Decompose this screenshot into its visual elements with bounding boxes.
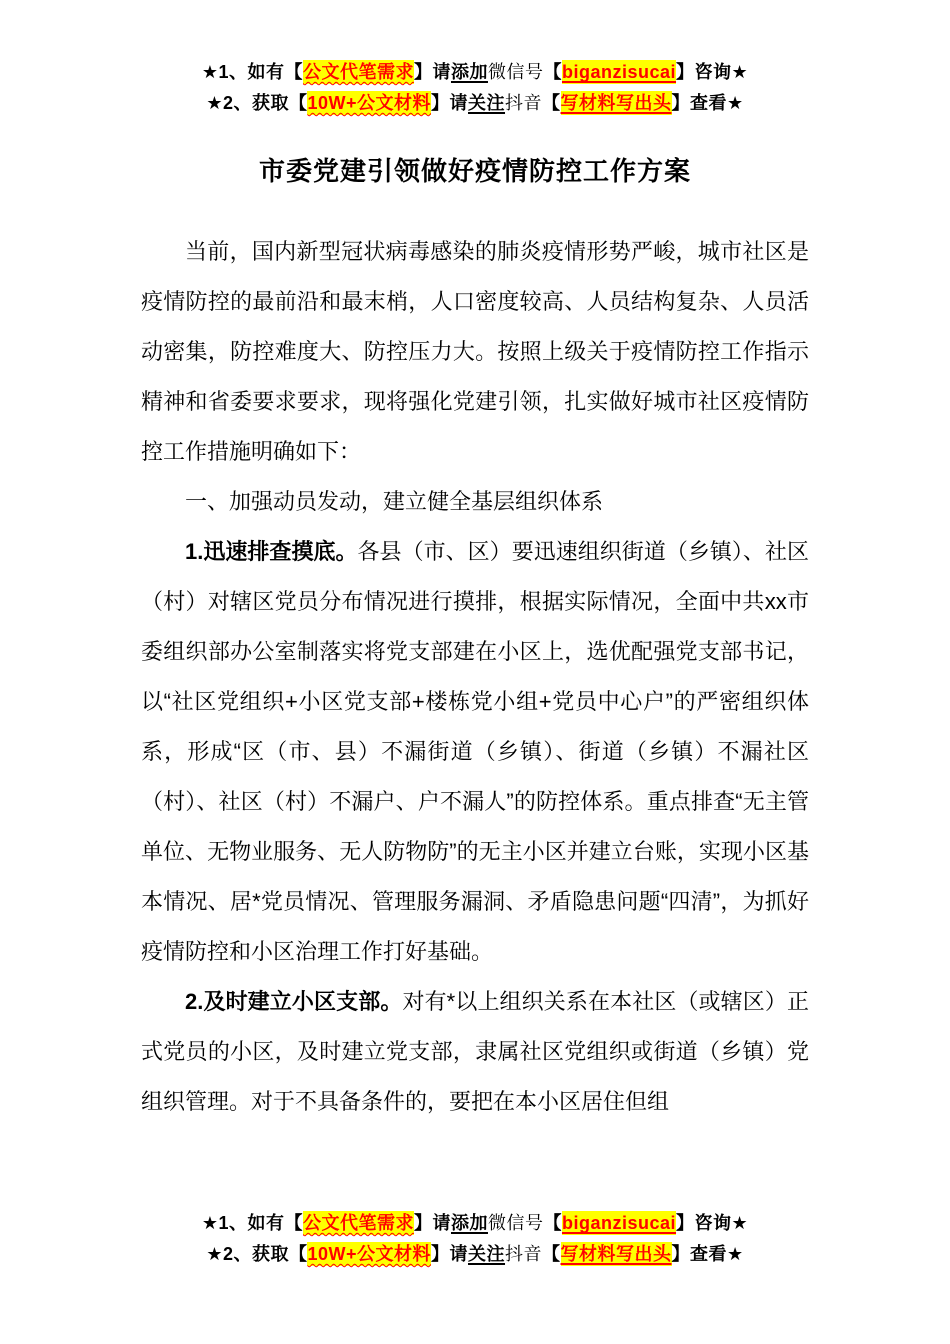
footer-notice: ★1、如有【公文代笔需求】请添加微信号【biganzisucai】咨询★★2、获… — [0, 1208, 950, 1270]
notice-line: ★2、获取【10W+公文材料】请关注抖音【写材料写出头】查看★ — [0, 1239, 950, 1270]
text-run: 抖音 — [505, 93, 542, 113]
text-run: 添加 — [451, 62, 488, 82]
notice-line: ★1、如有【公文代笔需求】请添加微信号【biganzisucai】咨询★ — [0, 57, 950, 88]
document-body: 当前，国内新型冠状病毒感染的肺炎疫情形势严峻，城市社区是疫情防控的最前沿和最末梢… — [141, 227, 809, 1127]
text-run: 关注 — [468, 93, 505, 113]
document-page: ★1、如有【公文代笔需求】请添加微信号【biganzisucai】咨询★★2、获… — [0, 0, 950, 1344]
text-run: 添加 — [451, 1213, 488, 1233]
text-run: 2.及时建立小区支部。 — [185, 989, 402, 1014]
text-run: 各县（市、区）要迅速组织街道（乡镇）、社区（村）对辖区党员分布情况进行摸排，根据… — [141, 539, 809, 964]
text-run: 写材料写出头 — [561, 1242, 672, 1266]
header-notice: ★1、如有【公文代笔需求】请添加微信号【biganzisucai】咨询★★2、获… — [0, 0, 950, 119]
text-run: 】咨询★ — [676, 1213, 748, 1233]
text-run: 】咨询★ — [676, 62, 748, 82]
text-run: 】查看★ — [672, 1244, 744, 1264]
text-run: 】请 — [431, 1244, 468, 1264]
document-title: 市委党建引领做好疫情防控工作方案 — [0, 151, 950, 191]
paragraph: 2.及时建立小区支部。对有*以上组织关系在本社区（或辖区）正式党员的小区，及时建… — [141, 977, 809, 1127]
text-run: 写材料写出头 — [561, 91, 672, 115]
text-run: 】请 — [414, 1213, 451, 1233]
text-run: ★2、获取【 — [206, 93, 307, 113]
text-run: 10W+公文材料 — [307, 1242, 431, 1266]
text-run: 【 — [542, 93, 561, 113]
text-run: ★2、获取【 — [206, 1244, 307, 1264]
text-run: 【 — [543, 1213, 562, 1233]
notice-line: ★2、获取【10W+公文材料】请关注抖音【写材料写出头】查看★ — [0, 88, 950, 119]
text-run: 一、加强动员发动，建立健全基层组织体系 — [185, 489, 603, 514]
text-run: ★1、如有【 — [202, 62, 303, 82]
paragraph: 一、加强动员发动，建立健全基层组织体系 — [141, 477, 809, 527]
text-run: 当前，国内新型冠状病毒感染的肺炎疫情形势严峻，城市社区是疫情防控的最前沿和最末梢… — [141, 239, 809, 464]
text-run: 】请 — [431, 93, 468, 113]
text-run: 公文代笔需求 — [303, 60, 414, 84]
text-run: 微信号 — [488, 62, 544, 82]
paragraph: 当前，国内新型冠状病毒感染的肺炎疫情形势严峻，城市社区是疫情防控的最前沿和最末梢… — [141, 227, 809, 477]
text-run: 公文代笔需求 — [303, 1211, 414, 1235]
text-run: 1.迅速排查摸底。 — [185, 539, 358, 564]
text-run: 【 — [542, 1244, 561, 1264]
text-run: 10W+公文材料 — [307, 91, 431, 115]
notice-line: ★1、如有【公文代笔需求】请添加微信号【biganzisucai】咨询★ — [0, 1208, 950, 1239]
text-run: 关注 — [468, 1244, 505, 1264]
text-run: 】请 — [414, 62, 451, 82]
paragraph: 1.迅速排查摸底。各县（市、区）要迅速组织街道（乡镇）、社区（村）对辖区党员分布… — [141, 527, 809, 977]
text-run: 【 — [543, 62, 562, 82]
text-run: ★1、如有【 — [202, 1213, 303, 1233]
text-run: 微信号 — [488, 1213, 544, 1233]
text-run: biganzisucai — [562, 60, 676, 84]
text-run: 】查看★ — [672, 93, 744, 113]
text-run: 抖音 — [505, 1244, 542, 1264]
text-run: biganzisucai — [562, 1211, 676, 1235]
